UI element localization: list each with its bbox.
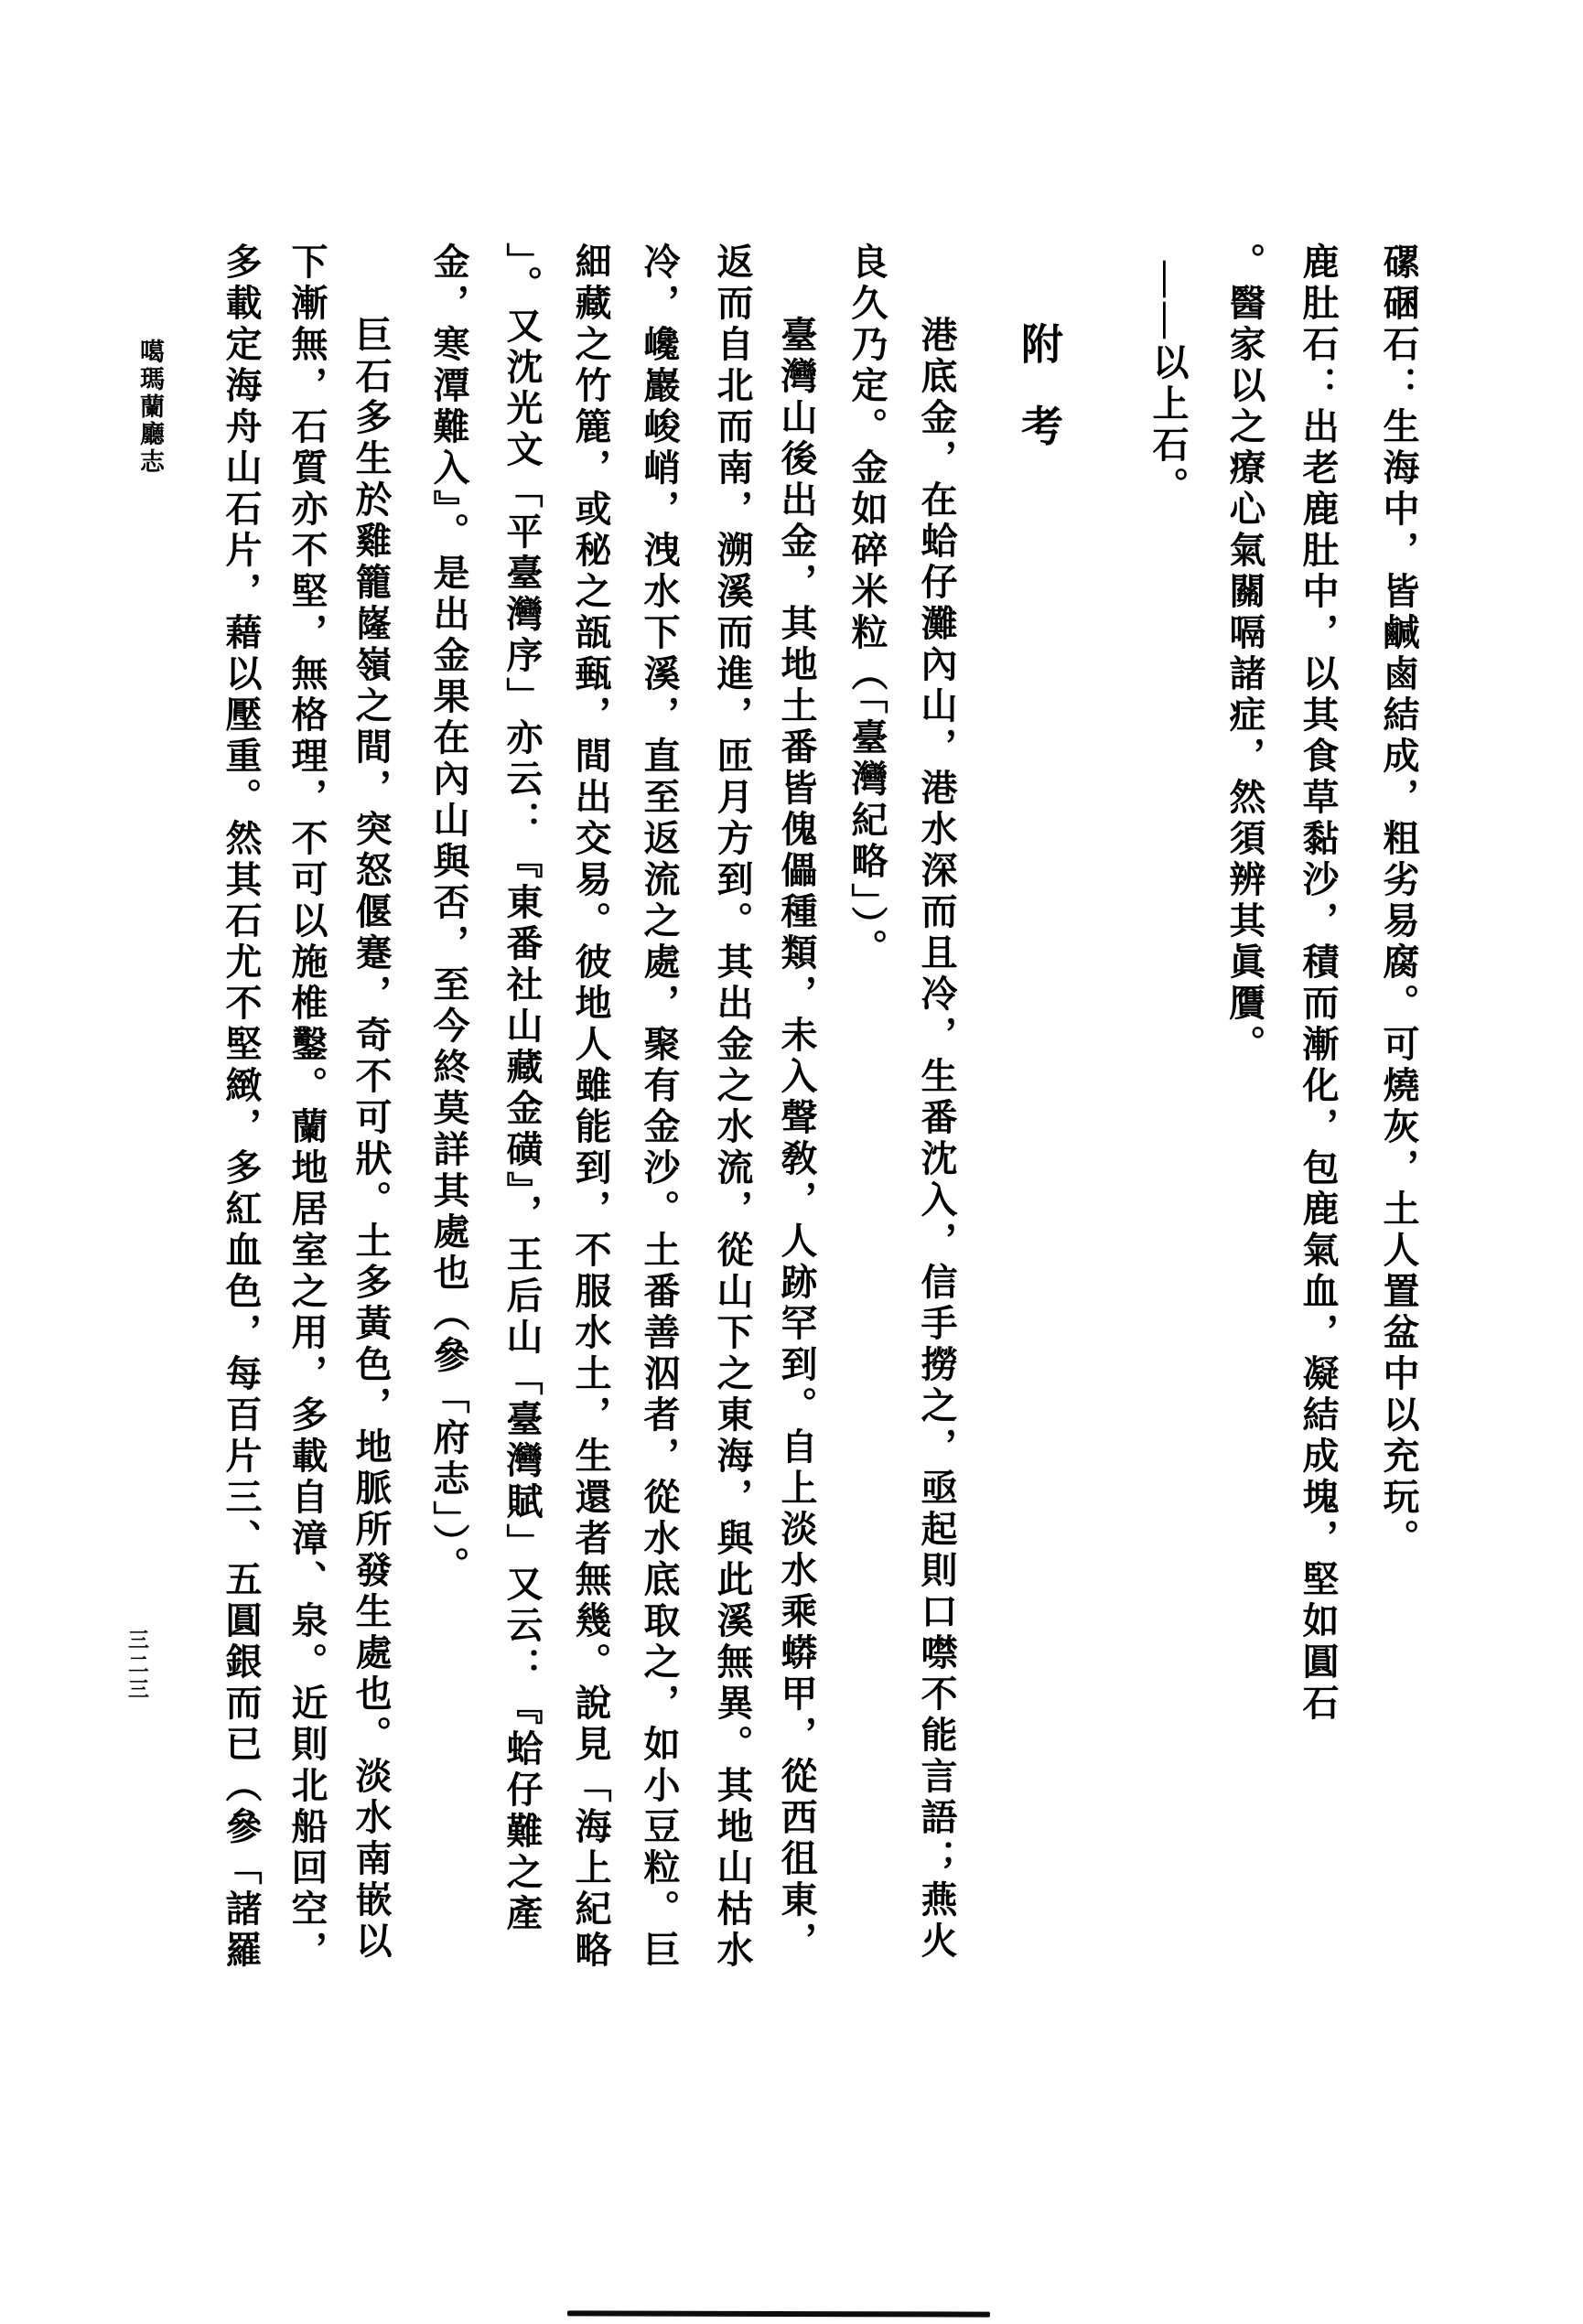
text-column-stone-entry-deer-stomach-cont: 。醫家以之療心氣關嗝諸症，然須辨其眞贋。	[1226, 242, 1263, 2219]
text-column-stones-end-marker: ——以上石。	[1149, 261, 1186, 2237]
appendix-section-header: 附 考	[1018, 322, 1060, 461]
text-column-stone-entry-coral: 磥碅石：生海中，皆鹹鹵結成，粗劣易腐。可燒灰，土人置盆中以充玩。	[1380, 242, 1416, 2219]
text-column-giant-stones-3: 多載定海舟山石片，藉以壓重。然其石尤不堅緻，多紅血色，每百片三、五圓銀而已（參「…	[222, 242, 259, 2219]
text-column-taiwan-gold-3: 冷，巉巖峻峭，洩水下溪，直至返流之處，聚有金沙。土番善泅者，從水底取之，如小豆粒…	[641, 242, 677, 2219]
text-column-harbor-gold-1: 港底金，在蛤仔灘內山，港水深而且冷，生番沈入，信手撈之，亟起則口噤不能言語；燕火	[918, 316, 954, 2219]
text-column-giant-stones-2: 下漸無，石質亦不堅，無格理，不可以施椎鑿。蘭地居室之用，多載自漳、泉。近則北船回…	[288, 242, 325, 2219]
text-column-taiwan-gold-1: 臺灣山後出金，其地土番皆傀儡種類，未入聲敎，人跡罕到。自上淡水乘蟒甲，從西徂東，	[778, 316, 814, 2219]
text-column-taiwan-gold-5: 」。又沈光文「平臺灣序」亦云：『東番社山藏金磺』，王后山「臺灣賦」又云：『蛤仔難…	[503, 242, 540, 2219]
book-page-scan: 磥碅石：生海中，皆鹹鹵結成，粗劣易腐。可燒灰，土人置盆中以充玩。 鹿肚石：出老鹿…	[0, 0, 1583, 2324]
text-column-taiwan-gold-6: 金，寒潭難入』。是出金果在內山與否，至今終莫詳其處也（參「府志」）。	[430, 242, 467, 2219]
page-number: 三二三	[126, 1629, 147, 1703]
text-column-harbor-gold-2: 良久乃定。金如碎米粒（「臺灣紀略」）。	[848, 242, 885, 2219]
bottom-edge-rule	[567, 2310, 990, 2317]
text-column-taiwan-gold-2: 返而自北而南，溯溪而進，匝月方到。其出金之水流，從山下之東海，與此溪無異。其地山…	[714, 242, 750, 2219]
text-column-giant-stones-1: 巨石多生於雞籠嶐嶺之間，突怒偃蹇，奇不可狀。土多黃色，地脈所發生處也。淡水南嵌以	[352, 316, 389, 2219]
text-column-taiwan-gold-4: 細藏之竹簏，或秘之瓿甀，間出交易。彼地人雖能到，不服水土，生還者無幾。說見「海上…	[572, 242, 608, 2219]
margin-book-title: 噶瑪蘭廳志	[137, 339, 162, 476]
text-column-stone-entry-deer-stomach: 鹿肚石：出老鹿肚中，以其食草黏沙，積而漸化，包鹿氣血，凝結成塊，堅如圓石	[1299, 242, 1336, 2219]
